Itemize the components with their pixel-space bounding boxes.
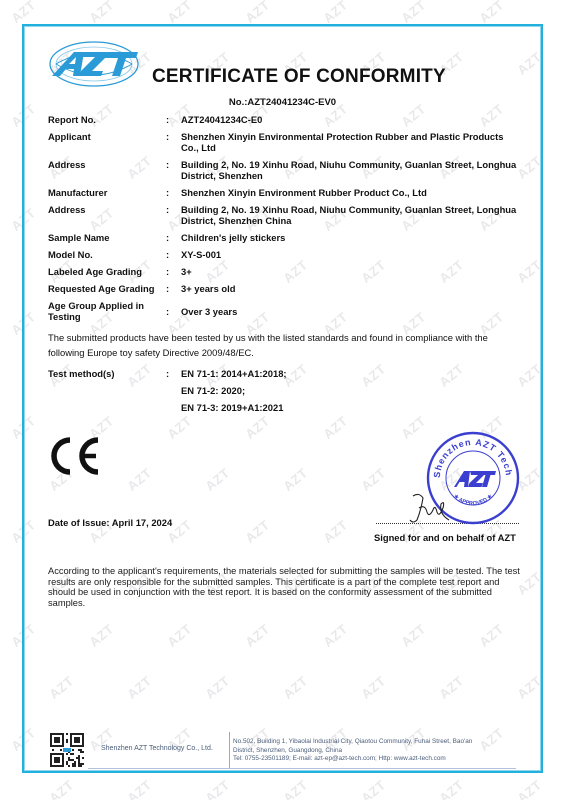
field-value: XY-S-001 xyxy=(181,249,523,260)
test-methods-list: EN 71-1: 2014+A1:2018;EN 71-2: 2020;EN 7… xyxy=(181,365,523,416)
field-separator: : xyxy=(166,249,181,260)
watermark-text: AZT xyxy=(476,0,506,26)
svg-text:Shenzhen AZT Technology Co., L: Shenzhen AZT Technology Co., Ltd. xyxy=(426,431,514,478)
signature-icon xyxy=(405,490,455,526)
certificate-number: No.:AZT24041234C-EV0 xyxy=(0,97,565,108)
field-label: Model No. xyxy=(48,249,166,260)
watermark-text: AZT xyxy=(280,777,310,800)
field-label: Age Group Applied in Testing xyxy=(48,300,154,322)
certificate-title: CERTIFICATE OF CONFORMITY xyxy=(152,66,446,88)
azt-logo-icon xyxy=(46,36,142,92)
field-separator: : xyxy=(166,204,181,226)
test-methods-row: Test method(s) : EN 71-1: 2014+A1:2018;E… xyxy=(48,365,523,416)
field-value: Children's jelly stickers xyxy=(181,232,523,243)
field-row: Report No.:AZT24041234C-E0 xyxy=(48,114,523,125)
footer-company-name: Shenzhen AZT Technology Co., Ltd. xyxy=(101,745,213,752)
field-label: Report No. xyxy=(48,114,166,125)
disclaimer-text: According to the applicant's requirement… xyxy=(48,566,520,608)
field-value: Shenzhen Xinyin Environment Rubber Produ… xyxy=(181,187,523,198)
watermark-text: AZT xyxy=(514,777,544,800)
watermark-text: AZT xyxy=(86,0,116,26)
footer: Shenzhen AZT Technology Co., Ltd. No.502… xyxy=(48,732,518,768)
svg-text:★ APPROVED ★: ★ APPROVED ★ xyxy=(452,492,494,507)
field-label: Requested Age Grading xyxy=(48,283,166,294)
watermark-text: AZT xyxy=(8,0,38,26)
field-row: Address:Building 2, No. 19 Xinhu Road, N… xyxy=(48,204,523,226)
field-row: Manufacturer:Shenzhen Xinyin Environment… xyxy=(48,187,523,198)
field-label: Labeled Age Grading xyxy=(48,266,166,277)
signature-caption: Signed for and on behalf of AZT xyxy=(374,532,516,543)
footer-address: No.502, Building 1, Yibaolai Industrial … xyxy=(233,738,523,764)
field-separator: : xyxy=(166,306,181,317)
date-of-issue: Date of Issue: April 17, 2024 xyxy=(48,517,172,528)
watermark-text: AZT xyxy=(202,777,232,800)
watermark-text: AZT xyxy=(46,777,76,800)
field-separator: : xyxy=(166,266,181,277)
watermark-text: AZT xyxy=(124,777,154,800)
field-row: Requested Age Grading:3+ years old xyxy=(48,283,523,294)
field-separator: : xyxy=(166,365,181,416)
ce-mark-icon xyxy=(50,436,102,476)
field-label: Manufacturer xyxy=(48,187,166,198)
test-methods: Test method(s) : EN 71-1: 2014+A1:2018;E… xyxy=(48,365,523,416)
field-value: 3+ xyxy=(181,266,523,277)
footer-address-line: District, Shenzhen, Guangdong, China xyxy=(233,747,523,756)
watermark-text: AZT xyxy=(358,777,388,800)
qr-code-icon xyxy=(50,733,84,767)
field-separator: : xyxy=(166,131,181,153)
field-label: Address xyxy=(48,159,166,181)
field-separator: : xyxy=(166,159,181,181)
field-value: Building 2, No. 19 Xinhu Road, Niuhu Com… xyxy=(181,159,523,181)
watermark-text: AZT xyxy=(242,0,272,26)
field-separator: : xyxy=(166,187,181,198)
footer-address-line: Tel: 0755-23501189; E-mail: azt-ep@azt-t… xyxy=(233,755,523,764)
footer-rule xyxy=(88,768,516,769)
field-row: Age Group Applied in Testing:Over 3 year… xyxy=(48,300,523,322)
field-separator: : xyxy=(166,283,181,294)
watermark-text: AZT xyxy=(164,0,194,26)
test-method-item: EN 71-3: 2019+A1:2021 xyxy=(181,399,523,416)
field-separator: : xyxy=(166,114,181,125)
test-method-item: EN 71-1: 2014+A1:2018; xyxy=(181,365,523,382)
field-value: Over 3 years xyxy=(181,306,523,317)
field-value: Shenzhen Xinyin Environmental Protection… xyxy=(181,131,523,153)
test-method-item: EN 71-2: 2020; xyxy=(181,382,523,399)
compliance-statement: The submitted products have been tested … xyxy=(48,330,518,360)
field-row: Address:Building 2, No. 19 Xinhu Road, N… xyxy=(48,159,523,181)
field-row: Sample Name:Children's jelly stickers xyxy=(48,232,523,243)
footer-address-line: No.502, Building 1, Yibaolai Industrial … xyxy=(233,738,523,747)
field-value: AZT24041234C-E0 xyxy=(181,114,523,125)
footer-divider xyxy=(229,732,230,768)
field-row: Model No.:XY-S-001 xyxy=(48,249,523,260)
field-label: Applicant xyxy=(48,131,166,153)
field-label: Address xyxy=(48,204,166,226)
field-row: Labeled Age Grading:3+ xyxy=(48,266,523,277)
field-label: Sample Name xyxy=(48,232,166,243)
field-value: 3+ years old xyxy=(181,283,523,294)
test-methods-label: Test method(s) xyxy=(48,365,166,416)
watermark-text: AZT xyxy=(398,0,428,26)
watermark-text: AZT xyxy=(320,0,350,26)
field-separator: : xyxy=(166,232,181,243)
field-value: Building 2, No. 19 Xinhu Road, Niuhu Com… xyxy=(181,204,523,226)
field-row: Applicant:Shenzhen Xinyin Environmental … xyxy=(48,131,523,153)
certificate-fields: Report No.:AZT24041234C-E0Applicant:Shen… xyxy=(48,114,523,322)
watermark-text: AZT xyxy=(436,777,466,800)
